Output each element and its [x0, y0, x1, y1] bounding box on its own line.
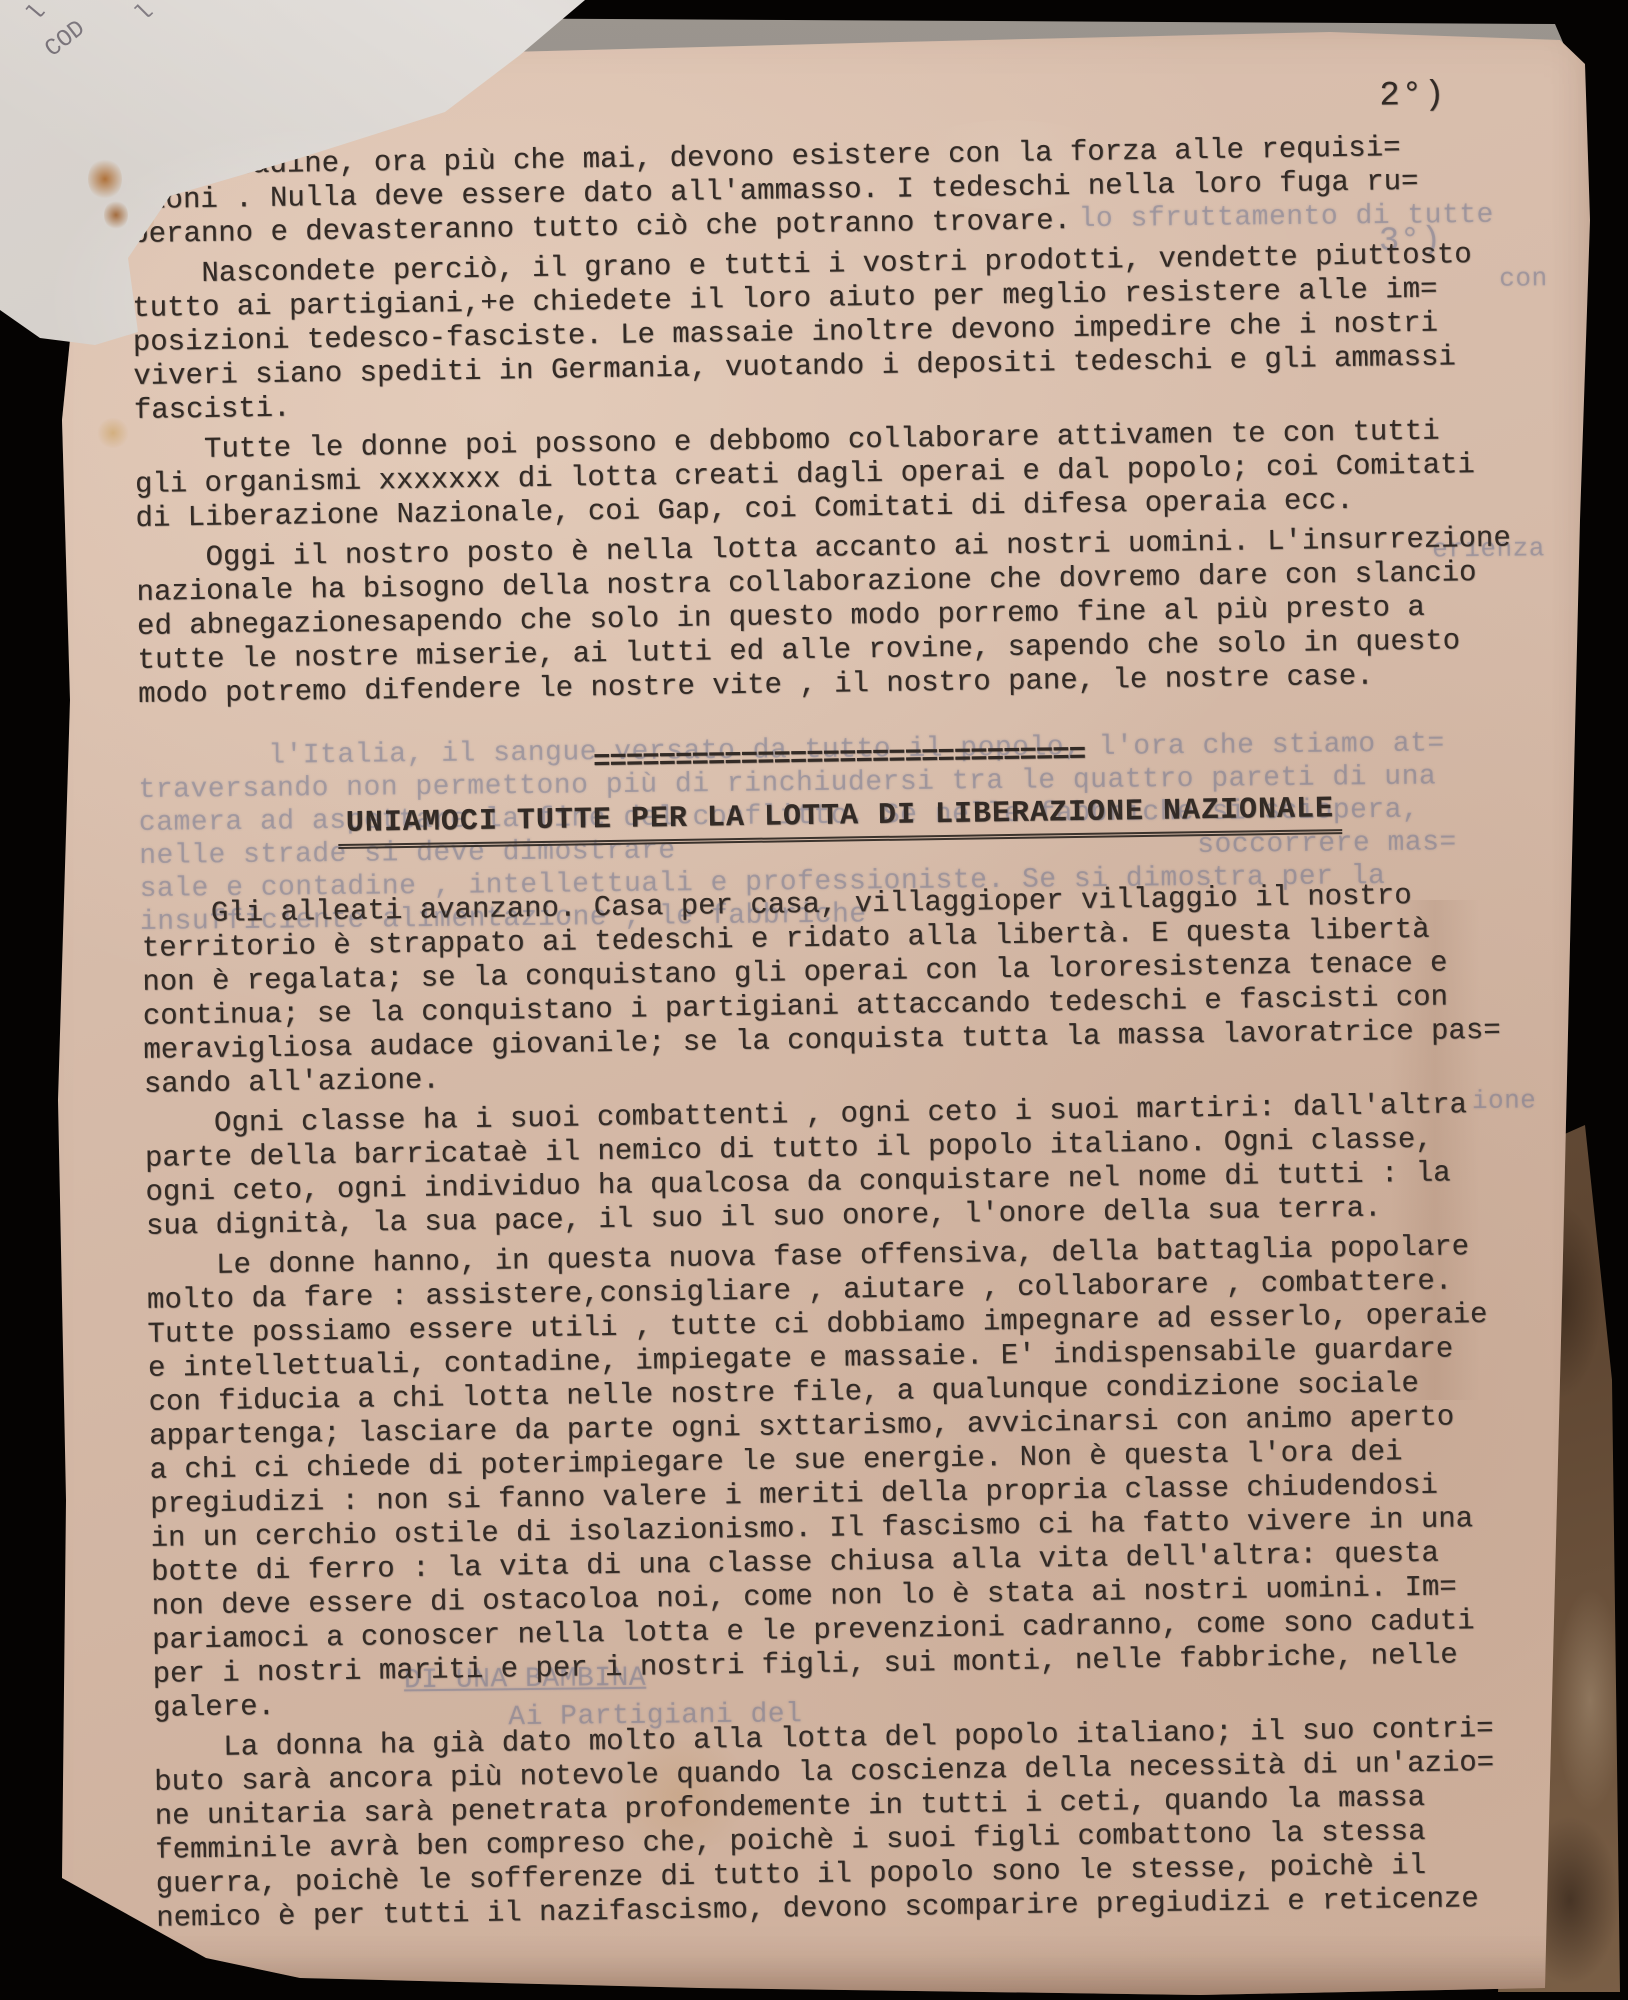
rust-stain [104, 200, 128, 230]
document-page: 3°)lo sfruttamento di tutteconerienzal'I… [0, 0, 1628, 2000]
typed-paragraph: Tutte le donne poi possono e debbomo col… [134, 413, 1535, 536]
scan-canvas: 3°)lo sfruttamento di tutteconerienzal'I… [0, 0, 1628, 2000]
typed-paragraph: Nascondete perciò, il grano e tutti i vo… [132, 237, 1534, 428]
page-number: 2°) [1379, 78, 1447, 113]
corner-note-fragment: COD [40, 16, 91, 64]
typed-paragraph: Gli alleati avanzano. Casa per casa, vil… [141, 877, 1544, 1102]
corner-note-fragment: l [131, 0, 160, 28]
corner-note-fragment: l [22, 0, 52, 28]
typed-paragraph: La donna ha già dato molto alla lotta de… [153, 1711, 1556, 1936]
rust-stain [88, 158, 122, 200]
typed-paragraph: Le donne hanno, in questa nuova fase off… [146, 1229, 1553, 1726]
section-heading: UNIAMOCI TUTTE PER LA LOTTA DI LIBERAZIO… [338, 792, 1343, 849]
typed-paragraph: Ogni classe ha i suoi combattenti , ogni… [144, 1087, 1546, 1244]
typed-paragraph: Oggi il nostro posto è nella lotta accan… [136, 521, 1538, 712]
heading-row: UNIAMOCI TUTTE PER LA LOTTA DI LIBERAZIO… [140, 789, 1540, 852]
typed-paragraph: Le contadine, ora più che mai, devono es… [130, 129, 1531, 252]
section-separator: ============================== [139, 731, 1539, 786]
intro-section: Le contadine, ora più che mai, devono es… [130, 129, 1538, 712]
main-section: Gli alleati avanzano. Casa per casa, vil… [141, 877, 1556, 1936]
typed-text-layer: 2°) Le contadine, ora più che mai, devon… [130, 129, 1556, 1942]
